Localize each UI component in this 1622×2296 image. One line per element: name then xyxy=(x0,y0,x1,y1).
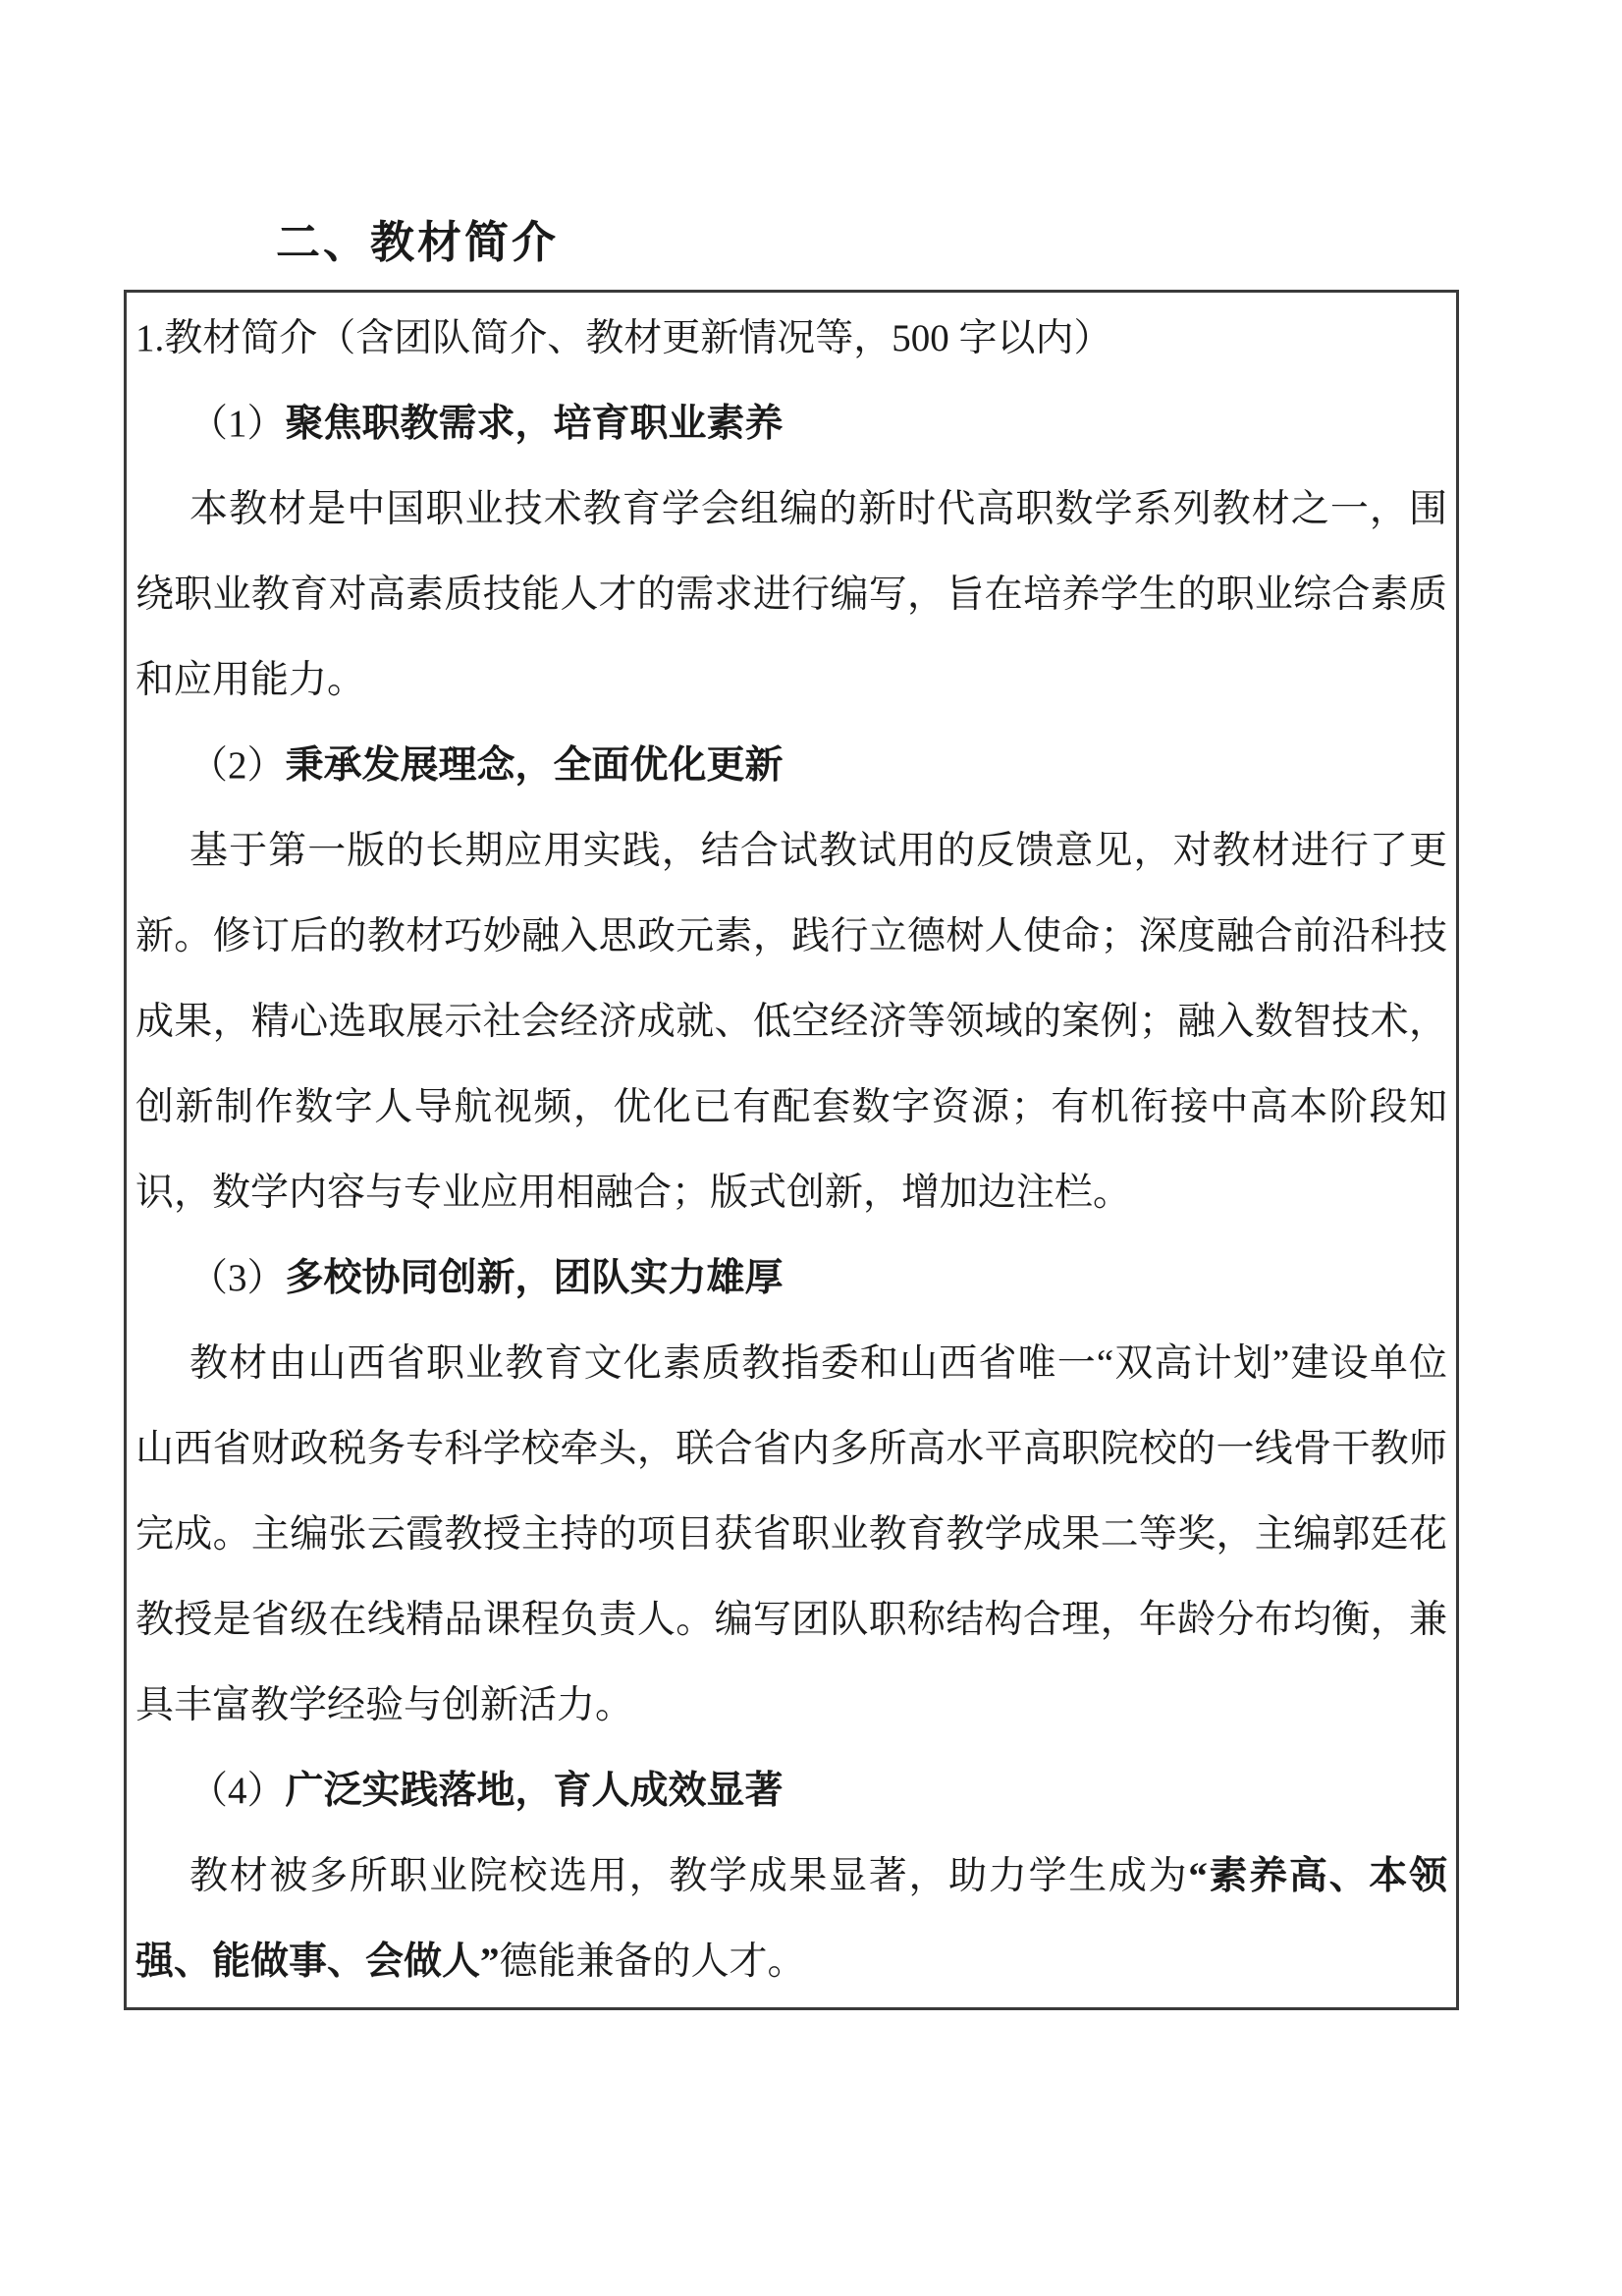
form-box: 1.教材简介（含团队简介、教材更新情况等，500 字以内） （1）聚焦职教需求，… xyxy=(124,290,1459,2010)
prompt-line: 1.教材简介（含团队简介、教材更新情况等，500 字以内） xyxy=(135,296,1447,381)
bold-text-segment: 聚焦职教需求，培育职业素养 xyxy=(286,403,784,445)
subheading: （3）多校协同创新，团队实力雄厚 xyxy=(135,1235,1447,1321)
subheading: （2）秉承发展理念，全面优化更新 xyxy=(135,723,1447,808)
text-segment: （4） xyxy=(189,1770,286,1812)
section-heading: 二、教材简介 xyxy=(276,214,559,271)
body-paragraph: 基于第一版的长期应用实践，结合试教试用的反馈意见，对教材进行了更新。修订后的教材… xyxy=(135,808,1447,1235)
text-segment: （3） xyxy=(189,1257,286,1299)
body-paragraph: 本教材是中国职业技术教育学会组编的新时代高职数学系列教材之一，围绕职业教育对高素… xyxy=(135,466,1447,723)
text-segment: （2） xyxy=(189,744,286,787)
text-segment: 本教材是中国职业技术教育学会组编的新时代高职数学系列教材之一，围绕职业教育对高素… xyxy=(135,488,1447,701)
subheading: （1）聚焦职教需求，培育职业素养 xyxy=(135,381,1447,466)
text-segment: 基于第一版的长期应用实践，结合试教试用的反馈意见，对教材进行了更新。修订后的教材… xyxy=(135,830,1447,1214)
subheading: （4）广泛实践落地，育人成效显著 xyxy=(135,1748,1447,1833)
text-segment: 教材被多所职业院校选用，教学成果显著，助力学生成为 xyxy=(189,1855,1188,1897)
body-paragraph: 教材被多所职业院校选用，教学成果显著，助力学生成为“素养高、本领强、能做事、会做… xyxy=(135,1833,1447,2004)
text-segment: （1） xyxy=(189,403,286,445)
text-segment: 德能兼备的人才。 xyxy=(500,1941,806,1983)
bold-text-segment: 秉承发展理念，全面优化更新 xyxy=(286,744,784,787)
bold-text-segment: 多校协同创新，团队实力雄厚 xyxy=(286,1257,784,1299)
box-paragraphs: （1）聚焦职教需求，培育职业素养本教材是中国职业技术教育学会组编的新时代高职数学… xyxy=(135,381,1447,2004)
bold-text-segment: 广泛实践落地，育人成效显著 xyxy=(286,1770,784,1812)
text-segment: 教材由山西省职业教育文化素质教指委和山西省唯一“双高计划”建设单位山西省财政税务… xyxy=(135,1342,1447,1726)
body-paragraph: 教材由山西省职业教育文化素质教指委和山西省唯一“双高计划”建设单位山西省财政税务… xyxy=(135,1321,1447,1748)
document-page: 二、教材简介 1.教材简介（含团队简介、教材更新情况等，500 字以内） （1）… xyxy=(0,0,1622,2296)
